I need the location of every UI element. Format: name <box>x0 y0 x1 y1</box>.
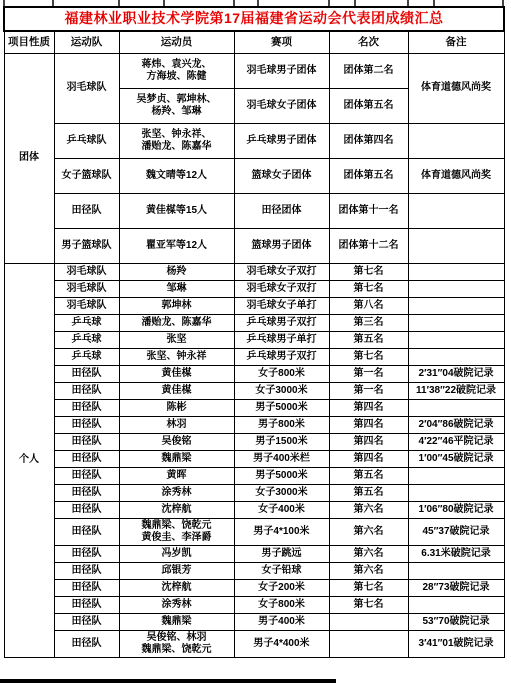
page-title: 福建林业职业技术学院第17届福建省运动会代表团成绩汇总 <box>4 7 504 31</box>
event-cell: 男子4*100米 <box>234 519 329 546</box>
rank-cell <box>329 631 408 658</box>
remark-cell <box>408 315 504 332</box>
team-cell: 田径队 <box>54 434 119 451</box>
event-cell: 篮球男子团体 <box>234 229 329 264</box>
team-cell: 田径队 <box>54 614 119 631</box>
event-cell: 羽毛球女子单打 <box>234 298 329 315</box>
table-row: 乒乓球潘贻龙、陈嘉华乒乓球男子双打第三名 <box>4 315 504 332</box>
event-cell: 羽毛球女子双打 <box>234 264 329 281</box>
athlete-cell: 吴俊铭、林羽 魏鼎梁、饶乾元 <box>119 631 234 658</box>
event-cell: 男子5000米 <box>234 400 329 417</box>
athlete-cell: 冯岁凯 <box>119 546 234 563</box>
athlete-cell: 黄佳楳 <box>119 383 234 400</box>
athlete-cell: 魏鼎梁 <box>119 451 234 468</box>
table-row: 田径队林羽男子800米第四名2′04″86破院记录 <box>4 417 504 434</box>
athlete-cell: 沈梓航 <box>119 502 234 519</box>
rank-cell: 第三名 <box>329 315 408 332</box>
remark-cell <box>408 281 504 298</box>
event-cell: 乒乓球男子双打 <box>234 349 329 366</box>
table-row: 田径队魏鼎梁、饶乾元 黄俊圭、李泽爵男子4*100米第六名45″37破院记录 <box>4 519 504 546</box>
event-cell: 女子3000米 <box>234 485 329 502</box>
team-cell: 乒乓球队 <box>54 124 119 159</box>
athlete-cell: 蒋炜、袁兴龙、 方海坡、陈健 <box>119 54 234 89</box>
rank-cell <box>329 614 408 631</box>
rank-cell: 第四名 <box>329 434 408 451</box>
event-cell: 女子铅球 <box>234 563 329 580</box>
event-cell: 男子5000米 <box>234 468 329 485</box>
remark-cell: 45″37破院记录 <box>408 519 504 546</box>
team-cell: 乒乓球 <box>54 349 119 366</box>
rank-cell: 第六名 <box>329 546 408 563</box>
remark-cell <box>408 229 504 264</box>
table-row: 团体羽毛球队蒋炜、袁兴龙、 方海坡、陈健羽毛球男子团体团体第二名体育道德风尚奖 <box>4 54 504 89</box>
team-cell: 羽毛球队 <box>54 281 119 298</box>
athlete-cell: 沈梓航 <box>119 580 234 597</box>
rank-cell: 第八名 <box>329 298 408 315</box>
remark-cell: 4′22″46平院记录 <box>408 434 504 451</box>
column-header-rank: 名次 <box>329 31 408 54</box>
team-cell: 田径队 <box>54 366 119 383</box>
team-cell: 田径队 <box>54 631 119 658</box>
athlete-cell: 魏鼎梁 <box>119 614 234 631</box>
athlete-cell: 涂秀林 <box>119 597 234 614</box>
team-cell: 乒乓球 <box>54 315 119 332</box>
rank-cell: 第四名 <box>329 451 408 468</box>
rank-cell: 第四名 <box>329 417 408 434</box>
table-row: 羽毛球队邹琳羽毛球女子双打第七名 <box>4 281 504 298</box>
bottom-crop-line <box>0 679 336 683</box>
section-label-cell: 个人 <box>4 264 54 658</box>
event-cell: 女子800米 <box>234 366 329 383</box>
team-cell: 田径队 <box>54 383 119 400</box>
section-label-cell: 团体 <box>4 54 54 264</box>
remark-cell <box>408 468 504 485</box>
athlete-cell: 郭坤林 <box>119 298 234 315</box>
rank-cell: 第五名 <box>329 332 408 349</box>
table-row: 田径队邱银芳女子铅球第六名 <box>4 563 504 580</box>
team-cell: 田径队 <box>54 468 119 485</box>
results-table: 福建林业职业技术学院第17届福建省运动会代表团成绩汇总 项目性质 运动队 运动员… <box>3 6 505 658</box>
team-cell: 田径队 <box>54 485 119 502</box>
event-cell: 乒乓球男子单打 <box>234 332 329 349</box>
athlete-cell: 吴梦贞、郭坤林、 杨羚、邹琳 <box>119 89 234 124</box>
athlete-cell: 张坚 <box>119 332 234 349</box>
table-row: 田径队黄佳楳女子3000米第一名11′38″22破院记录 <box>4 383 504 400</box>
rank-cell: 团体第十二名 <box>329 229 408 264</box>
event-cell: 羽毛球女子团体 <box>234 89 329 124</box>
table-row: 田径队魏鼎梁男子400米栏第四名1′00″45破院记录 <box>4 451 504 468</box>
event-cell: 女子3000米 <box>234 383 329 400</box>
remark-cell <box>408 597 504 614</box>
remark-cell: 1′06″80破院记录 <box>408 502 504 519</box>
rank-cell: 团体第五名 <box>329 159 408 194</box>
rank-cell: 第七名 <box>329 580 408 597</box>
rank-cell: 第五名 <box>329 485 408 502</box>
team-cell: 羽毛球队 <box>54 298 119 315</box>
athlete-cell: 魏鼎梁、饶乾元 黄俊圭、李泽爵 <box>119 519 234 546</box>
remark-cell <box>408 563 504 580</box>
table-row: 男子篮球队瞿亚军等12人篮球男子团体团体第十二名 <box>4 229 504 264</box>
rank-cell: 团体第五名 <box>329 89 408 124</box>
remark-cell: 2′31″04破院记录 <box>408 366 504 383</box>
event-cell: 男子400米栏 <box>234 451 329 468</box>
remark-cell <box>408 332 504 349</box>
table-row: 田径队沈梓航女子200米第七名28″73破院记录 <box>4 580 504 597</box>
table-row: 田径队陈彬男子5000米第四名 <box>4 400 504 417</box>
table-row: 田径队黄晖男子5000米第五名 <box>4 468 504 485</box>
athlete-cell: 张坚、钟永祥 <box>119 349 234 366</box>
rank-cell: 第七名 <box>329 264 408 281</box>
table-row: 羽毛球队郭坤林羽毛球女子单打第八名 <box>4 298 504 315</box>
rank-cell: 第七名 <box>329 597 408 614</box>
rank-cell: 团体第二名 <box>329 54 408 89</box>
event-cell: 羽毛球女子双打 <box>234 281 329 298</box>
event-cell: 男子1500米 <box>234 434 329 451</box>
team-cell: 田径队 <box>54 519 119 546</box>
event-cell: 男子800米 <box>234 417 329 434</box>
table-row: 女子篮球队魏文晴等12人篮球女子团体团体第五名体育道德风尚奖 <box>4 159 504 194</box>
rank-cell: 第一名 <box>329 383 408 400</box>
rank-cell: 团体第十一名 <box>329 194 408 229</box>
remark-cell: 1′00″45破院记录 <box>408 451 504 468</box>
event-cell: 女子800米 <box>234 597 329 614</box>
athlete-cell: 黄佳楳等15人 <box>119 194 234 229</box>
team-cell: 田径队 <box>54 563 119 580</box>
rank-cell: 第六名 <box>329 563 408 580</box>
event-cell: 乒乓球男子团体 <box>234 124 329 159</box>
event-cell: 乒乓球男子双打 <box>234 315 329 332</box>
table-row: 个人羽毛球队杨羚羽毛球女子双打第七名 <box>4 264 504 281</box>
event-cell: 男子400米 <box>234 614 329 631</box>
table-row: 乒乓球张坚乒乓球男子单打第五名 <box>4 332 504 349</box>
rank-cell: 第七名 <box>329 281 408 298</box>
athlete-cell: 涂秀林 <box>119 485 234 502</box>
table-row: 田径队吴俊铭、林羽 魏鼎梁、饶乾元男子4*400米3′41″01破院记录 <box>4 631 504 658</box>
remark-cell <box>408 124 504 159</box>
rank-cell: 第六名 <box>329 502 408 519</box>
remark-cell: 28″73破院记录 <box>408 580 504 597</box>
event-cell: 羽毛球男子团体 <box>234 54 329 89</box>
team-cell: 乒乓球 <box>54 332 119 349</box>
table-row: 田径队冯岁凯男子跳远第六名6.31米破院记录 <box>4 546 504 563</box>
table-row: 田径队涂秀林女子3000米第五名 <box>4 485 504 502</box>
team-cell: 羽毛球队 <box>54 264 119 281</box>
rank-cell: 第六名 <box>329 519 408 546</box>
event-cell: 女子400米 <box>234 502 329 519</box>
header-row: 项目性质 运动队 运动员 赛项 名次 备注 <box>4 31 504 54</box>
athlete-cell: 张坚、钟永祥、 潘贻龙、陈嘉华 <box>119 124 234 159</box>
remark-cell: 53″70破院记录 <box>408 614 504 631</box>
team-cell: 男子篮球队 <box>54 229 119 264</box>
table-row: 乒乓球张坚、钟永祥乒乓球男子双打第七名 <box>4 349 504 366</box>
remark-cell <box>408 400 504 417</box>
rank-cell: 团体第四名 <box>329 124 408 159</box>
column-header-remark: 备注 <box>408 31 504 54</box>
remark-cell <box>408 349 504 366</box>
remark-cell <box>408 194 504 229</box>
team-cell: 田径队 <box>54 400 119 417</box>
table-row: 田径队涂秀林女子800米第七名 <box>4 597 504 614</box>
team-cell: 田径队 <box>54 546 119 563</box>
athlete-cell: 黄晖 <box>119 468 234 485</box>
team-cell: 田径队 <box>54 451 119 468</box>
spreadsheet-view: 福建林业职业技术学院第17届福建省运动会代表团成绩汇总 项目性质 运动队 运动员… <box>0 0 511 683</box>
team-cell: 田径队 <box>54 194 119 229</box>
table-row: 乒乓球队张坚、钟永祥、 潘贻龙、陈嘉华乒乓球男子团体团体第四名 <box>4 124 504 159</box>
table-row: 田径队沈梓航女子400米第六名1′06″80破院记录 <box>4 502 504 519</box>
athlete-cell: 瞿亚军等12人 <box>119 229 234 264</box>
remark-cell <box>408 264 504 281</box>
remark-cell <box>408 298 504 315</box>
athlete-cell: 黄佳楳 <box>119 366 234 383</box>
rank-cell: 第七名 <box>329 349 408 366</box>
rank-cell: 第四名 <box>329 400 408 417</box>
remark-cell <box>408 485 504 502</box>
athlete-cell: 林羽 <box>119 417 234 434</box>
column-header-athlete: 运动员 <box>119 31 234 54</box>
rank-cell: 第一名 <box>329 366 408 383</box>
athlete-cell: 陈彬 <box>119 400 234 417</box>
team-cell: 田径队 <box>54 580 119 597</box>
remark-cell: 2′04″86破院记录 <box>408 417 504 434</box>
remark-cell: 6.31米破院记录 <box>408 546 504 563</box>
athlete-cell: 邱银芳 <box>119 563 234 580</box>
title-row: 福建林业职业技术学院第17届福建省运动会代表团成绩汇总 <box>4 7 504 31</box>
event-cell: 篮球女子团体 <box>234 159 329 194</box>
table-row: 田径队黄佳楳等15人田径团体团体第十一名 <box>4 194 504 229</box>
team-cell: 田径队 <box>54 417 119 434</box>
remark-cell: 3′41″01破院记录 <box>408 631 504 658</box>
remark-cell: 11′38″22破院记录 <box>408 383 504 400</box>
remark-cell: 体育道德风尚奖 <box>408 54 504 124</box>
table-row: 田径队黄佳楳女子800米第一名2′31″04破院记录 <box>4 366 504 383</box>
event-cell: 田径团体 <box>234 194 329 229</box>
team-cell: 女子篮球队 <box>54 159 119 194</box>
table-row: 田径队吴俊铭男子1500米第四名4′22″46平院记录 <box>4 434 504 451</box>
team-cell: 羽毛球队 <box>54 54 119 124</box>
athlete-cell: 邹琳 <box>119 281 234 298</box>
event-cell: 男子4*400米 <box>234 631 329 658</box>
team-cell: 田径队 <box>54 502 119 519</box>
team-cell: 田径队 <box>54 597 119 614</box>
athlete-cell: 杨羚 <box>119 264 234 281</box>
athlete-cell: 潘贻龙、陈嘉华 <box>119 315 234 332</box>
event-cell: 男子跳远 <box>234 546 329 563</box>
column-header-team: 运动队 <box>54 31 119 54</box>
athlete-cell: 魏文晴等12人 <box>119 159 234 194</box>
column-header-event: 赛项 <box>234 31 329 54</box>
rank-cell: 第五名 <box>329 468 408 485</box>
athlete-cell: 吴俊铭 <box>119 434 234 451</box>
remark-cell: 体育道德风尚奖 <box>408 159 504 194</box>
event-cell: 女子200米 <box>234 580 329 597</box>
column-header-project-type: 项目性质 <box>4 31 54 54</box>
table-row: 田径队魏鼎梁男子400米53″70破院记录 <box>4 614 504 631</box>
